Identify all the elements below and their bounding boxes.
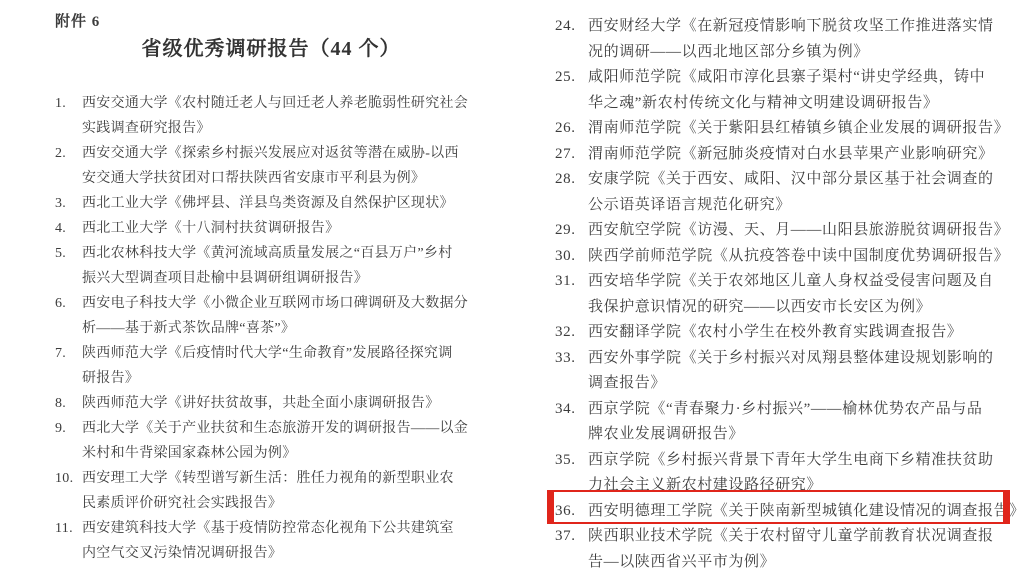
item-title: 陕西学前师范学院《从抗疫答卷中读中国制度优势调研报告》 (588, 244, 1020, 270)
item-text-line: 西京学院《乡村振兴背景下青年大学生电商下乡精准扶贫助 (588, 448, 1020, 474)
item-title: 西安翻译学院《农村小学生在校外教育实践调查报告》 (588, 320, 1020, 346)
item-text-line: 米村和牛背梁国家森林公园为例》 (82, 441, 487, 466)
item-number: 4. (55, 216, 82, 241)
item-title: 西安外事学院《关于乡村振兴对凤翔县整体建设规划影响的调查报告》 (588, 346, 1020, 397)
report-list-left: 1.西安交通大学《农村随迁老人与回迁老人养老脆弱性研究社会实践调查研究报告》2.… (55, 91, 487, 566)
item-text-line: 陕西学前师范学院《从抗疫答卷中读中国制度优势调研报告》 (588, 244, 1020, 270)
list-item-highlighted: 36.西安明德理工学院《关于陕南新型城镇化建设情况的调查报告》 (555, 499, 1020, 525)
list-item: 2.西安交通大学《探索乡村振兴发展应对返贫等潜在威胁-以西安交通大学扶贫团对口帮… (55, 141, 487, 191)
item-title: 渭南师范学院《新冠肺炎疫情对白水县苹果产业影响研究》 (588, 142, 1020, 168)
item-text-line: 西北大学《关于产业扶贫和生态旅游开发的调研报告——以金 (82, 416, 487, 441)
item-title: 西安交通大学《探索乡村振兴发展应对返贫等潜在威胁-以西安交通大学扶贫团对口帮扶陕… (82, 141, 487, 191)
list-item: 4.西北工业大学《十八洞村扶贫调研报告》 (55, 216, 487, 241)
item-text-line: 华之魂”新农村传统文化与精神文明建设调研报告》 (588, 91, 1020, 117)
item-text-line: 陕西职业技术学院《关于农村留守儿童学前教育状况调查报 (588, 524, 1020, 550)
item-title: 西北大学《关于产业扶贫和生态旅游开发的调研报告——以金米村和牛背梁国家森林公园为… (82, 416, 487, 466)
list-item: 6.西安电子科技大学《小微企业互联网市场口碑调研及大数据分析——基于新式茶饮品牌… (55, 291, 487, 341)
item-text-line: 陕西师范大学《讲好扶贫故事，共赴全面小康调研报告》 (82, 391, 487, 416)
item-title: 西安明德理工学院《关于陕南新型城镇化建设情况的调查报告》 (588, 499, 1024, 525)
left-column: 附件 6 省级优秀调研报告（44 个） 1.西安交通大学《农村随迁老人与回迁老人… (55, 13, 487, 566)
item-text-line: 力社会主义新农村建设路径研究》 (588, 473, 1020, 499)
item-number: 28. (555, 167, 588, 218)
list-item: 27.渭南师范学院《新冠肺炎疫情对白水县苹果产业影响研究》 (555, 142, 1020, 168)
item-number: 6. (55, 291, 82, 341)
list-item: 35.西京学院《乡村振兴背景下青年大学生电商下乡精准扶贫助力社会主义新农村建设路… (555, 448, 1020, 499)
item-title: 西安建筑科技大学《基于疫情防控常态化视角下公共建筑室内空气交叉污染情况调研报告》 (82, 516, 487, 566)
item-text-line: 西安翻译学院《农村小学生在校外教育实践调查报告》 (588, 320, 1020, 346)
item-text-line: 实践调查研究报告》 (82, 116, 487, 141)
item-text-line: 西北农林科技大学《黄河流域高质量发展之“百县万户”乡村 (82, 241, 487, 266)
right-column: 24.西安财经大学《在新冠疫情影响下脱贫攻坚工作推进落实情况的调研——以西北地区… (555, 14, 1020, 575)
item-number: 9. (55, 416, 82, 466)
item-text-line: 公示语英译语言规范化研究》 (588, 193, 1020, 219)
list-item: 25.咸阳师范学院《咸阳市淳化县寨子渠村“讲史学经典，铸中华之魂”新农村传统文化… (555, 65, 1020, 116)
item-text-line: 况的调研——以西北地区部分乡镇为例》 (588, 40, 1020, 66)
item-number: 5. (55, 241, 82, 291)
item-text-line: 振兴大型调查项目赴榆中县调研组调研报告》 (82, 266, 487, 291)
item-number: 27. (555, 142, 588, 168)
list-item: 5.西北农林科技大学《黄河流域高质量发展之“百县万户”乡村振兴大型调查项目赴榆中… (55, 241, 487, 291)
item-number: 35. (555, 448, 588, 499)
item-title: 西安交通大学《农村随迁老人与回迁老人养老脆弱性研究社会实践调查研究报告》 (82, 91, 487, 141)
item-number: 26. (555, 116, 588, 142)
item-number: 32. (555, 320, 588, 346)
list-item: 1.西安交通大学《农村随迁老人与回迁老人养老脆弱性研究社会实践调查研究报告》 (55, 91, 487, 141)
item-number: 3. (55, 191, 82, 216)
item-title: 西北工业大学《佛坪县、洋县鸟类资源及自然保护区现状》 (82, 191, 487, 216)
item-text-line: 西安外事学院《关于乡村振兴对凤翔县整体建设规划影响的 (588, 346, 1020, 372)
item-number: 30. (555, 244, 588, 270)
item-title: 陕西师范大学《讲好扶贫故事，共赴全面小康调研报告》 (82, 391, 487, 416)
list-item: 28.安康学院《关于西安、咸阳、汉中部分景区基于社会调查的公示语英译语言规范化研… (555, 167, 1020, 218)
item-title: 西安电子科技大学《小微企业互联网市场口碑调研及大数据分析——基于新式茶饮品牌“喜… (82, 291, 487, 341)
list-item: 11.西安建筑科技大学《基于疫情防控常态化视角下公共建筑室内空气交叉污染情况调研… (55, 516, 487, 566)
list-item: 7.陕西师范大学《后疫情时代大学“生命教育”发展路径探究调研报告》 (55, 341, 487, 391)
item-text-line: 告—以陕西省兴平市为例》 (588, 550, 1020, 576)
item-text-line: 西安明德理工学院《关于陕南新型城镇化建设情况的调查报告》 (588, 499, 1024, 525)
item-text-line: 西安电子科技大学《小微企业互联网市场口碑调研及大数据分 (82, 291, 487, 316)
item-text-line: 西北工业大学《十八洞村扶贫调研报告》 (82, 216, 487, 241)
list-item: 37.陕西职业技术学院《关于农村留守儿童学前教育状况调查报告—以陕西省兴平市为例… (555, 524, 1020, 575)
item-title: 陕西师范大学《后疫情时代大学“生命教育”发展路径探究调研报告》 (82, 341, 487, 391)
item-text-line: 我保护意识情况的研究——以西安市长安区为例》 (588, 295, 1020, 321)
document-page: 附件 6 省级优秀调研报告（44 个） 1.西安交通大学《农村随迁老人与回迁老人… (0, 0, 1024, 576)
list-item: 32.西安翻译学院《农村小学生在校外教育实践调查报告》 (555, 320, 1020, 346)
item-number: 10. (55, 466, 82, 516)
list-item: 9.西北大学《关于产业扶贫和生态旅游开发的调研报告——以金米村和牛背梁国家森林公… (55, 416, 487, 466)
item-title: 陕西职业技术学院《关于农村留守儿童学前教育状况调查报告—以陕西省兴平市为例》 (588, 524, 1020, 575)
list-item: 26.渭南师范学院《关于紫阳县红椿镇乡镇企业发展的调研报告》 (555, 116, 1020, 142)
item-text-line: 陕西师范大学《后疫情时代大学“生命教育”发展路径探究调 (82, 341, 487, 366)
item-text-line: 西安培华学院《关于农郊地区儿童人身权益受侵害问题及自 (588, 269, 1020, 295)
item-title: 渭南师范学院《关于紫阳县红椿镇乡镇企业发展的调研报告》 (588, 116, 1020, 142)
list-item: 31.西安培华学院《关于农郊地区儿童人身权益受侵害问题及自我保护意识情况的研究—… (555, 269, 1020, 320)
item-title: 咸阳师范学院《咸阳市淳化县寨子渠村“讲史学经典，铸中华之魂”新农村传统文化与精神… (588, 65, 1020, 116)
item-number: 2. (55, 141, 82, 191)
list-item: 29.西安航空学院《访漫、天、月——山阳县旅游脱贫调研报告》 (555, 218, 1020, 244)
item-number: 36. (555, 499, 588, 525)
item-text-line: 牌农业发展调研报告》 (588, 422, 1020, 448)
item-text-line: 渭南师范学院《关于紫阳县红椿镇乡镇企业发展的调研报告》 (588, 116, 1020, 142)
item-text-line: 咸阳师范学院《咸阳市淳化县寨子渠村“讲史学经典，铸中 (588, 65, 1020, 91)
item-text-line: 安交通大学扶贫团对口帮扶陕西省安康市平利县为例》 (82, 166, 487, 191)
item-text-line: 西安交通大学《探索乡村振兴发展应对返贫等潜在威胁-以西 (82, 141, 487, 166)
item-title: 安康学院《关于西安、咸阳、汉中部分景区基于社会调查的公示语英译语言规范化研究》 (588, 167, 1020, 218)
list-item: 3.西北工业大学《佛坪县、洋县鸟类资源及自然保护区现状》 (55, 191, 487, 216)
item-number: 7. (55, 341, 82, 391)
item-text-line: 西北工业大学《佛坪县、洋县鸟类资源及自然保护区现状》 (82, 191, 487, 216)
item-number: 34. (555, 397, 588, 448)
list-item: 30.陕西学前师范学院《从抗疫答卷中读中国制度优势调研报告》 (555, 244, 1020, 270)
item-number: 1. (55, 91, 82, 141)
item-text-line: 安康学院《关于西安、咸阳、汉中部分景区基于社会调查的 (588, 167, 1020, 193)
item-title: 西京学院《乡村振兴背景下青年大学生电商下乡精准扶贫助力社会主义新农村建设路径研究… (588, 448, 1020, 499)
item-number: 37. (555, 524, 588, 575)
report-list-right: 24.西安财经大学《在新冠疫情影响下脱贫攻坚工作推进落实情况的调研——以西北地区… (555, 14, 1020, 575)
item-text-line: 西安建筑科技大学《基于疫情防控常态化视角下公共建筑室 (82, 516, 487, 541)
item-number: 33. (555, 346, 588, 397)
list-item: 34.西京学院《“青春聚力·乡村振兴”——榆林优势农产品与品牌农业发展调研报告》 (555, 397, 1020, 448)
item-number: 25. (555, 65, 588, 116)
item-text-line: 西安航空学院《访漫、天、月——山阳县旅游脱贫调研报告》 (588, 218, 1020, 244)
item-number: 8. (55, 391, 82, 416)
item-title: 西安航空学院《访漫、天、月——山阳县旅游脱贫调研报告》 (588, 218, 1020, 244)
item-title: 西京学院《“青春聚力·乡村振兴”——榆林优势农产品与品牌农业发展调研报告》 (588, 397, 1020, 448)
item-title: 西北工业大学《十八洞村扶贫调研报告》 (82, 216, 487, 241)
item-text-line: 民素质评价研究社会实践报告》 (82, 491, 487, 516)
item-text-line: 内空气交叉污染情况调研报告》 (82, 541, 487, 566)
item-text-line: 西安财经大学《在新冠疫情影响下脱贫攻坚工作推进落实情 (588, 14, 1020, 40)
item-text-line: 西安理工大学《转型谱写新生活：胜任力视角的新型职业农 (82, 466, 487, 491)
item-text-line: 析——基于新式茶饮品牌“喜茶”》 (82, 316, 487, 341)
item-title: 西安培华学院《关于农郊地区儿童人身权益受侵害问题及自我保护意识情况的研究——以西… (588, 269, 1020, 320)
item-text-line: 西京学院《“青春聚力·乡村振兴”——榆林优势农产品与品 (588, 397, 1020, 423)
item-number: 24. (555, 14, 588, 65)
item-text-line: 西安交通大学《农村随迁老人与回迁老人养老脆弱性研究社会 (82, 91, 487, 116)
list-item: 10.西安理工大学《转型谱写新生活：胜任力视角的新型职业农民素质评价研究社会实践… (55, 466, 487, 516)
list-item: 33.西安外事学院《关于乡村振兴对凤翔县整体建设规划影响的调查报告》 (555, 346, 1020, 397)
page-title: 省级优秀调研报告（44 个） (55, 35, 487, 63)
attachment-label: 附件 6 (55, 13, 487, 31)
item-title: 西安理工大学《转型谱写新生活：胜任力视角的新型职业农民素质评价研究社会实践报告》 (82, 466, 487, 516)
item-number: 31. (555, 269, 588, 320)
item-number: 11. (55, 516, 82, 566)
item-title: 西北农林科技大学《黄河流域高质量发展之“百县万户”乡村振兴大型调查项目赴榆中县调… (82, 241, 487, 291)
item-text-line: 渭南师范学院《新冠肺炎疫情对白水县苹果产业影响研究》 (588, 142, 1020, 168)
item-number: 29. (555, 218, 588, 244)
item-title: 西安财经大学《在新冠疫情影响下脱贫攻坚工作推进落实情况的调研——以西北地区部分乡… (588, 14, 1020, 65)
item-text-line: 研报告》 (82, 366, 487, 391)
item-text-line: 调查报告》 (588, 371, 1020, 397)
list-item: 24.西安财经大学《在新冠疫情影响下脱贫攻坚工作推进落实情况的调研——以西北地区… (555, 14, 1020, 65)
list-item: 8.陕西师范大学《讲好扶贫故事，共赴全面小康调研报告》 (55, 391, 487, 416)
